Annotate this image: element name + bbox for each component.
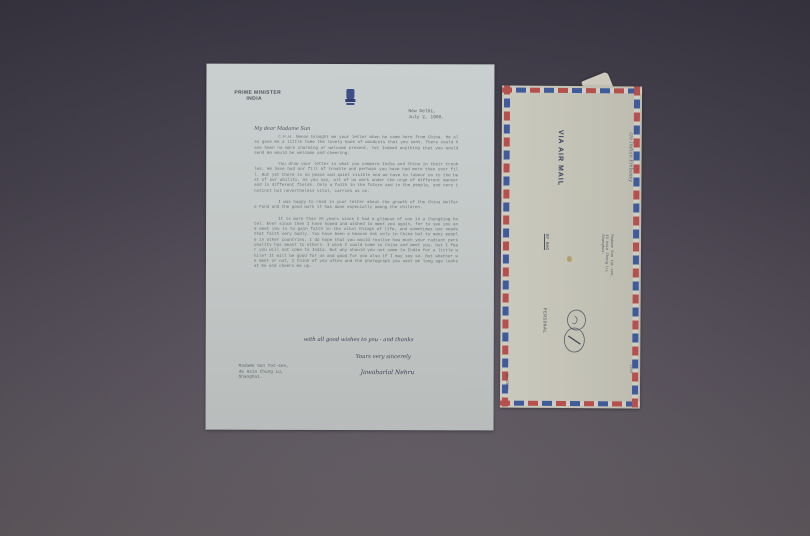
by-bag-label: BY BAG <box>544 234 549 250</box>
corner-note: 1960 <box>628 364 632 373</box>
addressee-block: Madame Sun Yat-sen, 45 Hsin Chung Lu, Sh… <box>239 364 289 381</box>
airmail-envelope: VIA AIR MAIL c/o Indian Embassy BY BAG M… <box>500 86 642 409</box>
letterhead: PRIME MINISTER INDIA <box>234 90 281 102</box>
letter-date: New Delhi, July 2, 1960. <box>408 109 444 121</box>
letter-sheet: PRIME MINISTER INDIA New Delhi, July 2, … <box>206 64 495 431</box>
salutation: My dear Madame Sun <box>254 127 310 132</box>
signature: Jawaharlal Nehru <box>361 370 415 375</box>
paragraph-2: You draw your letter is what you compare… <box>254 163 458 195</box>
envelope-address-line2: 45 Hsin Chung Lu, <box>604 234 609 277</box>
pencil-circle-marks-icon <box>562 308 588 356</box>
airmail-border-left <box>502 86 510 408</box>
addressee-line1: Madame Sun Yat-sen, <box>239 364 289 370</box>
envelope-address: Madame Sun Yat-sen, 45 Hsin Chung Lu, Sh… <box>599 234 613 277</box>
date-line2: July 2, 1960. <box>408 115 444 121</box>
personal-label: PERSONAL <box>541 308 546 334</box>
letterhead-line2: INDIA <box>234 96 281 102</box>
handwritten-note: c/o Indian Embassy <box>627 132 633 181</box>
paragraph-3: I was happy to read in your letter about… <box>254 201 458 212</box>
via-air-mail-label: VIA AIR MAIL <box>556 130 563 186</box>
stain-mark <box>567 256 572 262</box>
airmail-border-bottom <box>500 401 640 407</box>
state-emblem-icon <box>343 87 357 107</box>
paragraph-1: C.P.H. Menon brought me your letter when… <box>254 136 458 158</box>
letter-body: C.P.H. Menon brought me your letter when… <box>254 136 458 277</box>
serial-number: No.2657 <box>504 374 508 390</box>
handwritten-postscript: with all good wishes to you - and thanks <box>304 338 414 344</box>
addressee-line3: Shanghai. <box>239 375 289 381</box>
paragraph-4: It is more than 20 years since I had a g… <box>254 217 458 271</box>
closing: Yours very sincerely <box>356 355 411 360</box>
envelope-address-line1: Madame Sun Yat-sen, <box>608 234 613 277</box>
airmail-border-top <box>502 88 642 94</box>
